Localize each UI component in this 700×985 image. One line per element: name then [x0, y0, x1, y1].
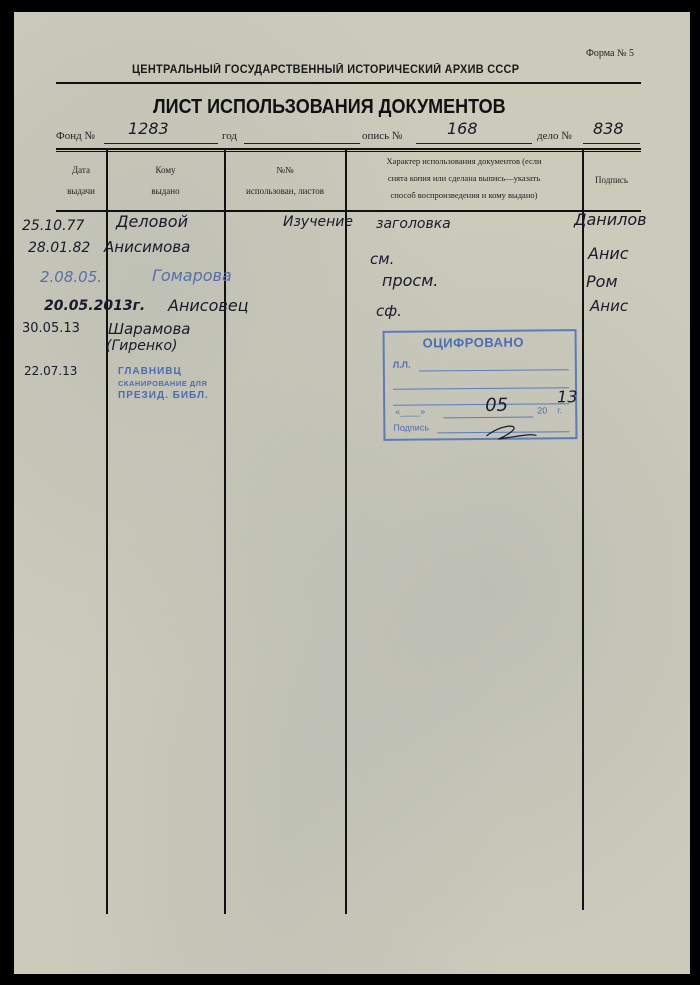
- row-date: 28.01.82: [28, 240, 90, 256]
- archive-name: ЦЕНТРАЛЬНЫЙ ГОСУДАРСТВЕННЫЙ ИСТОРИЧЕСКИЙ…: [132, 64, 519, 76]
- row-signature: Анис: [588, 244, 629, 263]
- table-top-line-2: [56, 151, 641, 152]
- row-signature: Ром: [586, 272, 618, 291]
- page-title: ЛИСТ ИСПОЛЬЗОВАНИЯ ДОКУМЕНТОВ: [153, 96, 506, 119]
- row-to-whom: (Гиренко): [106, 338, 178, 354]
- row-usage: заголовка: [376, 216, 451, 232]
- column-divider-1: [106, 150, 108, 914]
- row-to-whom: Шарамова: [108, 320, 190, 338]
- column-divider-2: [224, 150, 226, 914]
- row-date: 25.10.77: [22, 218, 84, 234]
- delo-label: дело №: [537, 130, 572, 142]
- row-date: 22.07.13: [24, 364, 77, 378]
- column-divider-3: [345, 150, 347, 914]
- stamp-title: ОЦИФРОВАНО: [423, 335, 524, 351]
- stamp-date-label: «____»: [395, 406, 425, 416]
- digitized-stamp: ОЦИФРОВАНО Л.Л. «____» 05 20 г. 13 Подпи…: [383, 329, 578, 441]
- row-date: 30.05.13: [22, 321, 80, 336]
- delo-value: 838: [593, 119, 624, 138]
- opis-value: 168: [447, 119, 478, 138]
- row-to-whom: Гомарова: [152, 266, 232, 285]
- column-header-signature: Подпись: [583, 170, 640, 191]
- row-sheets: Изучение: [283, 214, 353, 230]
- opis-label: опись №: [362, 130, 402, 142]
- stamp-signature-label: Подпись: [393, 422, 429, 432]
- stamp-year-value: 13: [557, 387, 578, 406]
- column-header-date: Дата выдачи: [56, 160, 106, 202]
- year-line: [244, 143, 360, 144]
- row-signature: Анис: [590, 297, 628, 315]
- table-top-line-1: [56, 148, 641, 150]
- fond-line: [104, 143, 218, 144]
- column-divider-4: [582, 150, 584, 910]
- form-number: Форма № 5: [586, 48, 634, 59]
- column-header-to-whom: Кому выдано: [107, 160, 224, 202]
- opis-line: [416, 143, 532, 144]
- glavniivts-stamp: ГЛАВНИВЦ СКАНИРОВАНИЕ ДЛЯ ПРЕЗИД. БИБЛ.: [118, 366, 209, 402]
- row-to-whom: Деловой: [116, 212, 188, 231]
- row-date: 20.05.2013г.: [44, 298, 145, 314]
- delo-line: [583, 143, 640, 144]
- archive-underline: [56, 82, 641, 84]
- stamp-ll-label: Л.Л.: [393, 360, 411, 370]
- stamp-month-value: 05: [485, 395, 508, 416]
- fond-value: 1283: [128, 119, 169, 138]
- stamp-signature-scribble: [481, 421, 541, 444]
- stamp-year: 20 г.: [537, 405, 562, 415]
- row-usage: см.: [370, 250, 394, 268]
- row-signature: Данилов: [574, 210, 647, 229]
- row-usage: сф.: [376, 302, 402, 320]
- year-label: год: [222, 130, 237, 142]
- row-usage: просм.: [382, 271, 438, 290]
- row-to-whom: Анисимова: [104, 238, 190, 256]
- row-date: 2.08.05.: [40, 268, 102, 286]
- fond-label: Фонд №: [56, 130, 95, 142]
- column-header-usage: Характер использования документов (если …: [346, 153, 582, 204]
- row-to-whom: Анисовец: [168, 296, 249, 315]
- column-header-sheets: №№ использован, листов: [225, 160, 345, 202]
